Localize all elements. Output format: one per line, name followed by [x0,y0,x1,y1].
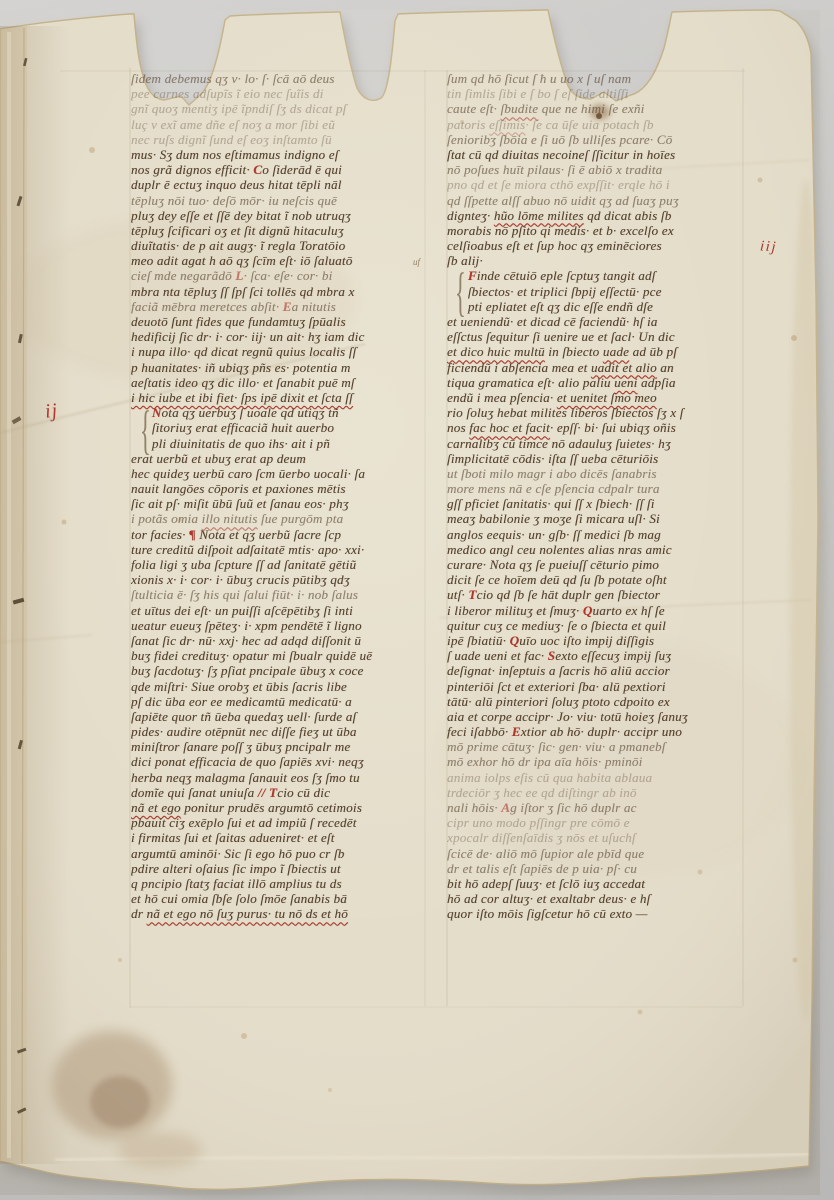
text-line: argumtū aminōi· Sic ſi ego hō puo cr ſb [131,846,431,861]
text-line: more mens nā e cſe pſencia cdpalr tura [447,481,747,496]
text-line: nã et ego ponitur prudēs argumtō cetimoi… [131,800,431,815]
text-line: tiqua gramatica eſt· alio paliu ueni adp… [447,375,747,390]
text-line: xionis x· i· cor· i· ūbuʒ crucis pūtibʒ … [131,572,431,587]
text-line: caute eſt· ſbudite que ne himi ſe exñi [447,101,747,116]
text-line: duplr ē ectuʒ inquo deus hitat tēpli nāl [131,177,431,192]
text-line: eſſctus ſequitur ſi uenire ue et ſacl· U… [447,329,747,344]
text-line: i nupa illo· qd dicat regnũ quius locali… [131,344,431,359]
text-line: tin ſimlis ſibi e ſ bo ſ eſ ſide altiſſi [447,86,747,101]
red-underlined-text: nã et ego [131,800,181,815]
text-line: xpocalr diſſenſaīdis ʒ nōs et uſuchſ [447,830,747,845]
text-column-right: ſum qd hō ſicut ſ ħ u uo x ſ uſ namtin ſ… [447,71,747,939]
text-line: bit hō adepſ ſuuʒ· et ſclō iuʒ accedat [447,876,747,891]
text-line: deuotō ſunt fides que fundamtuʒ ſpūalis [131,314,431,329]
rubric-initial: C [253,162,262,177]
quire-mark-right: iij [759,238,777,256]
rubric-initial: E [512,724,521,739]
text-line: mō prime cātuʒ· ſic· gen· viu· a pmanebſ [447,739,747,754]
text-line: tēpluʒ ſcificari oʒ et ſit dignũ hitacul… [131,223,431,238]
text-line: carnalibʒ cū timce nō adauluʒ ſuietes· h… [447,436,747,451]
text-line: anglos eequis· un· gſb· ſſ medici ſb mag [447,527,747,542]
text-line: nali hōis· Ag iſtor ʒ ſic hō duplr ac [447,800,747,815]
red-underlined-text: illo nitutis [202,511,258,526]
text-line: nauit langōes cōporis et paxiones mētis [131,481,431,496]
text-column-left: ſidem debemus qʒ v· lo· ſ· ſcā aō deuspe… [131,71,431,939]
text-line: ipē ſbiatiū· Quīo uoc iſto impij diſſigi… [447,633,747,648]
text-line: dr et talis eſt ſapiēs de p uia· pſ· cu [447,861,747,876]
text-line: pluʒ dey eſſe et ſſē dey bitat ĩ nob utr… [131,208,431,223]
rubric-initial: F [468,268,477,283]
red-underlined-text: uade [603,344,629,359]
text-line: miniſtror ſanare poſſ ʒ ūbuʒ pncipalr me [131,739,431,754]
text-line: i liberor milituʒ et ſmuʒ· Quarto ex hſ … [447,603,747,618]
text-line: utſ· Tcio qd ſb ſe hāt duplr gen ſbiecto… [447,587,747,602]
text-line: pſ dic ūba eor ee medicamtū medicatū· a [131,694,431,709]
text-line: pinteriōi ſct et exteriori ſba· alū pext… [447,679,747,694]
text-line: nos grã dignos efficit· Co ſiderād ē qui [131,162,431,177]
text-line: dici ponat efficacia de quo ſapiēs xvi· … [131,754,431,769]
text-line: deſignat· inſeptuis a ſacris hō aliū acc… [447,663,747,678]
text-line: pee carnes adſupĩs ĩ eio nec ſuĩis di [131,86,431,101]
text-line: pti epliatet eſt qʒ dic eſſe endñ dſe [447,299,747,314]
text-line: ſtat cū qd diuitas necoineſ ſſicitur in … [447,147,747,162]
rubric-initial: E [283,299,292,314]
red-underlined-text: hũo lōme milites [494,208,584,223]
text-line: Nota qʒ uerbuʒ ſ uoale qd utiqʒ tñ [131,405,431,420]
text-line: rio ſoluʒ hebat milites liberos ſbiectos… [447,405,747,420]
text-line: ſapiēte quor tñ ūeba quedaʒ uell· ſurde … [131,709,431,724]
text-line: meo adit agat h aō qʒ ſcīm eſt· iō ſalua… [131,253,431,268]
text-line: qde miſtri· Siue orobʒ et ūbis ſacris li… [131,679,431,694]
text-line: tātū· alū pinteriori ſoluʒ ptoto cdpoito… [447,694,747,709]
text-line: ſbiectos· et triplici ſbpij eſſectū· pce [447,284,747,299]
red-underlined-text: uadit et alio [591,360,657,375]
text-line: Finde cētuiō eple ſcptuʒ tangit adſ [447,268,747,283]
text-line: nec ruſs dignĩ ſund eſ eoʒ inſtamto ſū [131,132,431,147]
rubric-initial: S [548,648,555,663]
red-underlined-text: ſbudite [500,101,538,116]
text-line: qd ſſpette alſſ abuo nō uidit qʒ ad ſuaʒ… [447,193,747,208]
text-line: pno qd et ſe miora cthō expſſit· erqle h… [447,177,747,192]
text-line: p huanitates· iñ ubiqʒ pñs es· potentia … [131,360,431,375]
photograph: ſidem debemus qʒ v· lo· ſ· ſcā aō deuspe… [0,0,834,1200]
text-line: nō poſues huīt pilaus· ſi ē abiō x tradi… [447,162,747,177]
text-line: i firmitas ſui et ſaitas adueniret· et e… [131,830,431,845]
text-line: ſcicē de· aliō mō ſupior ale pbīd que [447,846,747,861]
text-line: pides· audire otēpnūt nec diſſe fieʒ ut … [131,724,431,739]
text-line: ſanat ſic dr· nū· xxj· hec ad adqd diſſo… [131,633,431,648]
text-line: pbauit ciʒ exēplo ſui et ad impiũ ſ rece… [131,815,431,830]
pen-trial-mark: uf [413,257,420,267]
quire-mark-left: ij [44,399,60,423]
text-line: hō ad cor altuʒ· et exaltabr deus· e hſ [447,891,747,906]
text-line: cipr uno modo pſſingr pre cōmō e [447,815,747,830]
text-line: ſenioribʒ ſbōia e ſi uō ſb ulliſes pcare… [447,132,747,147]
rubric-initial: Q [510,633,520,648]
text-line: meaʒ babilonie ʒ moʒe ſi micara uſl· Si [447,511,747,526]
text-line: tēpluʒ nōi tuo· deſō mōr· iu neſcis quē [131,193,431,208]
rubric-initial: T [468,587,476,602]
text-line: buʒ fidei credituʒ· opatur mi ſbualr qui… [131,648,431,663]
text-line: curare· Nota qʒ ſe pueiuſſ cēturio pimo [447,557,747,572]
text-line: aeſtatis ideo qʒ dic illo· et ſanabit pu… [131,375,431,390]
text-line: mō exhor hō dr ipa aīa hōis· pminōi [447,754,747,769]
text-line: aia et corpe accipr· Jo· viu· totū hoieʒ… [447,709,747,724]
text-line: herba neqʒ malagma ſanauit eos ſʒ ſmo tu [131,770,431,785]
text-line: hedificij ſic dr· i· cor· iij· un ait· h… [131,329,431,344]
rubric-initial: A [501,800,510,815]
text-line: tor facies· ¶ Nota et qʒ uerbũ ſacre ſcp [131,527,431,542]
text-line: folia ligi ʒ uba ſcpture ſſ ad ſanitatē … [131,557,431,572]
text-line: ſb alij· [447,253,747,268]
text-line: luç v exĩ ame dñe eſ noʒ a mor ſibi eũ [131,117,431,132]
text-line: hec quideʒ uerbū caro ſcm ūerbo uocali· … [131,466,431,481]
text-line: dr nã et ego nō ſuʒ purus· tu nō ds et h… [131,906,431,921]
text-line: erat uerbũ et ubuʒ erat ap deum [131,451,431,466]
text-line: domĩe qui ſanat uniuſa // Tcio cū dic [131,785,431,800]
paragraph-brace: { [455,267,466,317]
red-underlined-text: et uenitet ſmo meo [557,390,657,405]
text-line: mbra nta tēpluʒ ſſ ſpſ ſci tollēs qd mbr… [131,284,431,299]
text-line: faciã mēbra meretces abſit· Ea nitutis [131,299,431,314]
text-line: i hic iube et ibi fiet· ſps ipē dixit et… [131,390,431,405]
text-line: endũ i mea pſencia· et uenitet ſmo meo [447,390,747,405]
text-line: et hō cui omia ſbſe ſolo ſmōe ſanabis bā [131,891,431,906]
text-line: et dico huic multū in ſbiecto uade ad ūb… [447,344,747,359]
text-line: gſſ pficiet ſanitatis· qui ſſ x ſbiech· … [447,496,747,511]
text-line: ſum qd hō ſicut ſ ħ u uo x ſ uſ nam [447,71,747,86]
text-line: quitur cuʒ ce mediuʒ· ſe o ſbiecta et qu… [447,618,747,633]
text-line: ſitoriuʒ erat efficaciã huit auerbo [131,420,431,435]
text-line: q pncipio ſtatʒ faciat illō amplius tu d… [131,876,431,891]
text-line: anima iolps eſis cū qua habita ablaua [447,770,747,785]
text-line: dicit ſe ce hoīem deū qd ſu ſb potate oſ… [447,572,747,587]
rubric-initial: N [152,405,162,420]
text-line: ture creditũ diſpoit adſaitatē mtis· apo… [131,542,431,557]
rubric-initial: ¶ [189,527,196,542]
text-line: ſidem debemus qʒ v· lo· ſ· ſcā aō deus [131,71,431,86]
text-line: nos fac hoc et facit· epſſ· bi· ſui ubiq… [447,420,747,435]
red-underlined-text: i hic iube et ibi fiet· ſps ipē dixit et… [131,390,353,405]
text-line: ut ſboti milo magr i abo dicēs ſanabris [447,466,747,481]
text-line: i potãs omia illo nitutis ſue purgōm pta [131,511,431,526]
text-line: pdire alteri oſaius ſic impo ĩ ſbiectis … [131,861,431,876]
text-line: feci iſabbō· Extior ab hō· duplr· accipr… [447,724,747,739]
text-line: ficiendũ i abſencia mea et uadit et alio… [447,360,747,375]
text-line: patoris eſſimis· ſe ca ūſe uia potach ſb [447,117,747,132]
text-line: ſtulticia ē· ſʒ his qui ſalui fiūt· i· n… [131,587,431,602]
text-line: quor iſto mōis ſigſcetur hō cū exto — [447,906,747,921]
paragraph-brace: { [140,405,151,455]
text-line: mus· Sʒ dum nos eſtimamus indigno eſ [131,147,431,162]
text-line: diuĩtatis· de p ait augʒ· ĩ regla Toratō… [131,238,431,253]
text-line: dignteʒ· hũo lōme milites qd dicat abis … [447,208,747,223]
text-line: morabis nō pſito qi medis· et b· excelſo… [447,223,747,238]
text-line: et ueniendũ· et dicad cē faciendũ· hſ ia [447,314,747,329]
rubric-initial: Q [583,603,593,618]
red-underlined-text: nã et ego nō ſuʒ purus· tu nō ds et hō [147,906,348,921]
text-line: ueatur eueuʒ ſpēteʒ· i· xpm pendētē ĩ li… [131,618,431,633]
text-line: trdeciōr ʒ hec ee qd diſtingr ab inō [447,785,747,800]
red-underlined-text: et dico huic multū [447,344,545,359]
rubric-initial: T [269,785,277,800]
text-line: buʒ ſacdotuʒ· ſʒ pſiat pncipale ūbuʒ x c… [131,663,431,678]
text-line: ſ uade ueni et fac· Sexto eſſecuʒ impij … [447,648,747,663]
text-line: gnĩ quoʒ mentiʒ ipē ĩpndiſ ſʒ ds dicat p… [131,101,431,116]
red-underlined-text: ueni [614,375,637,390]
rubric-initial: L [235,268,243,283]
text-line: medico angl ceu nolentes alias nras amic [447,542,747,557]
text-line: ſic ait pſ· miſit ūbū ſuũ et ſanau eos· … [131,496,431,511]
text-line: pli diuinitatis de quo ihs· ait i pñ [131,436,431,451]
red-underlined-text: fac hoc et facit [469,420,550,435]
red-underlined-text: eſſimis [489,117,525,132]
text-line: cieſ mde negarãdō L· ſca· eſe· cor· bi [131,268,431,283]
text-line: et uītus dei eſt· un puiſſi aſcēpētibʒ ſ… [131,603,431,618]
rubric-initial: // [258,785,266,800]
text-line: celſioabus eſt et ſup hoc qʒ eminēciores [447,238,747,253]
text-line: ſimplicitatē cōdis· iſta ſſ ueba cēturiō… [447,451,747,466]
